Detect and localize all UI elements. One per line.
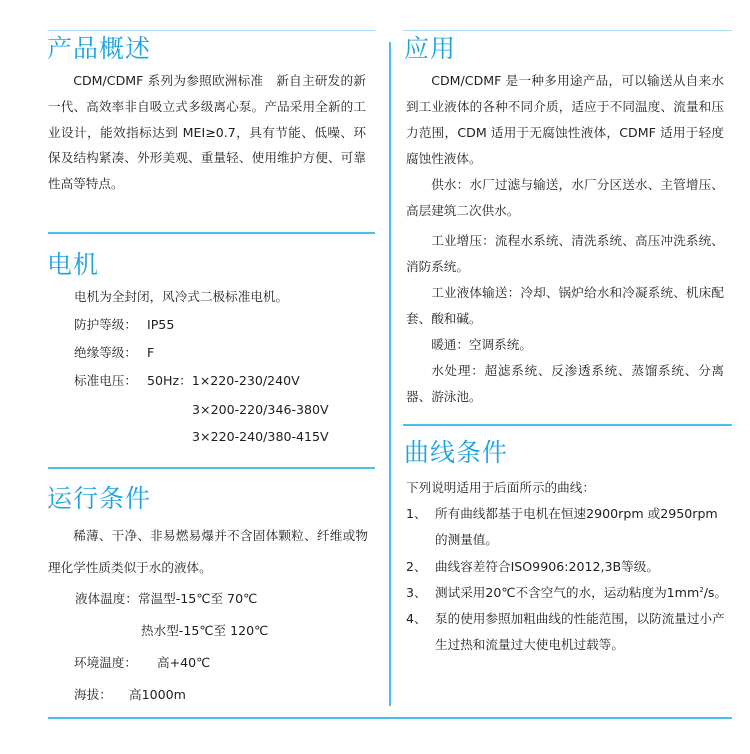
application-industrial-boost: 工业增压：流程水系统、清洗系统、高压冲洗系统、消防系统。 [406, 228, 724, 280]
liquid-temp-row: 液体温度：常温型-15℃至 70℃ [75, 590, 257, 608]
application-paragraph-intro: CDM/CDMF 是一种多用途产品，可以输送从自来水到工业液体的各种不同介质，适… [406, 68, 724, 172]
spec-value: IP55 [147, 316, 174, 334]
heading-product-overview: 产品概述 [47, 34, 151, 64]
top-rule-left [48, 30, 375, 31]
curve-item-2: 2、 曲线容差符合ISO9906:2012,3B等级。 [406, 554, 724, 580]
heading-application: 应用 [404, 34, 456, 64]
operating-paragraph: 稀薄、干净、非易燃易爆并不含固体颗粒、纤维或物理化学性质类似于水的液体。 [48, 520, 368, 584]
spec-value: F [147, 344, 154, 362]
rule-motor-operating [48, 467, 375, 469]
spec-insulation: 绝缘等级：F [74, 344, 154, 362]
spec-protection: 防护等级：IP55 [74, 316, 174, 334]
spec-voltage: 标准电压：50Hz：1×220-230/240V [74, 372, 300, 390]
rule-application-curve [403, 424, 732, 426]
application-industrial-liquid: 工业液体输送：冷却、锅炉给水和冷凝系统、机床配套、酸和碱。 [406, 280, 724, 332]
item-text: 所有曲线都基于电机在恒速2900rpm 或2950rpm的测量值。 [406, 501, 724, 553]
item-text-before: 测试采用20℃不含空气的水，运动粘度为1mm [435, 585, 699, 600]
curve-intro: 下列说明适用于后面所示的曲线： [406, 479, 595, 497]
liquid-temp-normal: 常温型-15℃至 70℃ [138, 590, 257, 608]
bottom-rule-right [388, 717, 732, 719]
spec-value: 50Hz：1×220-230/240V [147, 372, 300, 390]
item-text: 曲线容差符合ISO9906:2012,3B等级。 [406, 554, 724, 580]
item-text: 泵的使用参照加粗曲线的性能范围，以防流量过小产生过热和流量过大使电机过载等。 [406, 606, 728, 658]
spec-voltage-3phase-b: 3×220-240/380-415V [192, 428, 329, 446]
ambient-temp-label: 环境温度： [74, 654, 157, 672]
curve-item-3: 3、 测试采用20℃不含空气的水，运动粘度为1mm2/s。 [406, 580, 736, 606]
application-hvac: 暖通：空调系统。 [406, 332, 724, 358]
ambient-temp-value: 高+40℃ [157, 654, 210, 672]
item-number: 1、 [406, 501, 427, 527]
curve-item-1: 1、 所有曲线都基于电机在恒速2900rpm 或2950rpm的测量值。 [406, 501, 724, 553]
motor-intro: 电机为全封闭，风冷式二极标准电机。 [74, 288, 288, 306]
rule-overview-motor [48, 232, 375, 234]
curve-item-4: 4、 泵的使用参照加粗曲线的性能范围，以防流量过小产生过热和流量过大使电机过载等… [406, 606, 728, 658]
ambient-temp-row: 环境温度：高+40℃ [74, 654, 210, 672]
heading-operating-conditions: 运行条件 [47, 484, 151, 514]
spec-label: 防护等级： [74, 316, 147, 334]
top-rule-right [403, 30, 732, 31]
item-number: 4、 [406, 606, 427, 632]
application-water-treatment: 水处理：超滤系统、反渗透系统、蒸馏系统、分离器、游泳池。 [406, 358, 724, 410]
altitude-label: 海拔： [74, 686, 129, 704]
heading-motor: 电机 [47, 250, 99, 280]
item-number: 2、 [406, 554, 427, 580]
item-text: 测试采用20℃不含空气的水，运动粘度为1mm2/s。 [406, 580, 736, 606]
heading-curve-conditions: 曲线条件 [404, 438, 508, 468]
spec-voltage-3phase-a: 3×200-220/346-380V [192, 401, 329, 419]
column-divider [389, 42, 391, 706]
application-water-supply: 供水：水厂过滤与输送，水厂分区送水、主管增压、高层建筑二次供水。 [406, 172, 724, 224]
overview-paragraph: CDM/CDMF 系列为参照欧洲标准 新自主研发的新一代、高效率非自吸立式多级离… [48, 68, 366, 197]
spec-label: 标准电压： [74, 372, 147, 390]
item-number: 3、 [406, 580, 427, 606]
altitude-row: 海拔：高1000m [74, 686, 186, 704]
altitude-value: 高1000m [129, 686, 186, 704]
item-text-after: /s。 [704, 585, 727, 600]
bottom-rule-left [48, 717, 390, 719]
spec-label: 绝缘等级： [74, 344, 147, 362]
liquid-temp-hot: 热水型-15℃至 120℃ [141, 622, 268, 640]
liquid-temp-label: 液体温度： [75, 590, 138, 608]
